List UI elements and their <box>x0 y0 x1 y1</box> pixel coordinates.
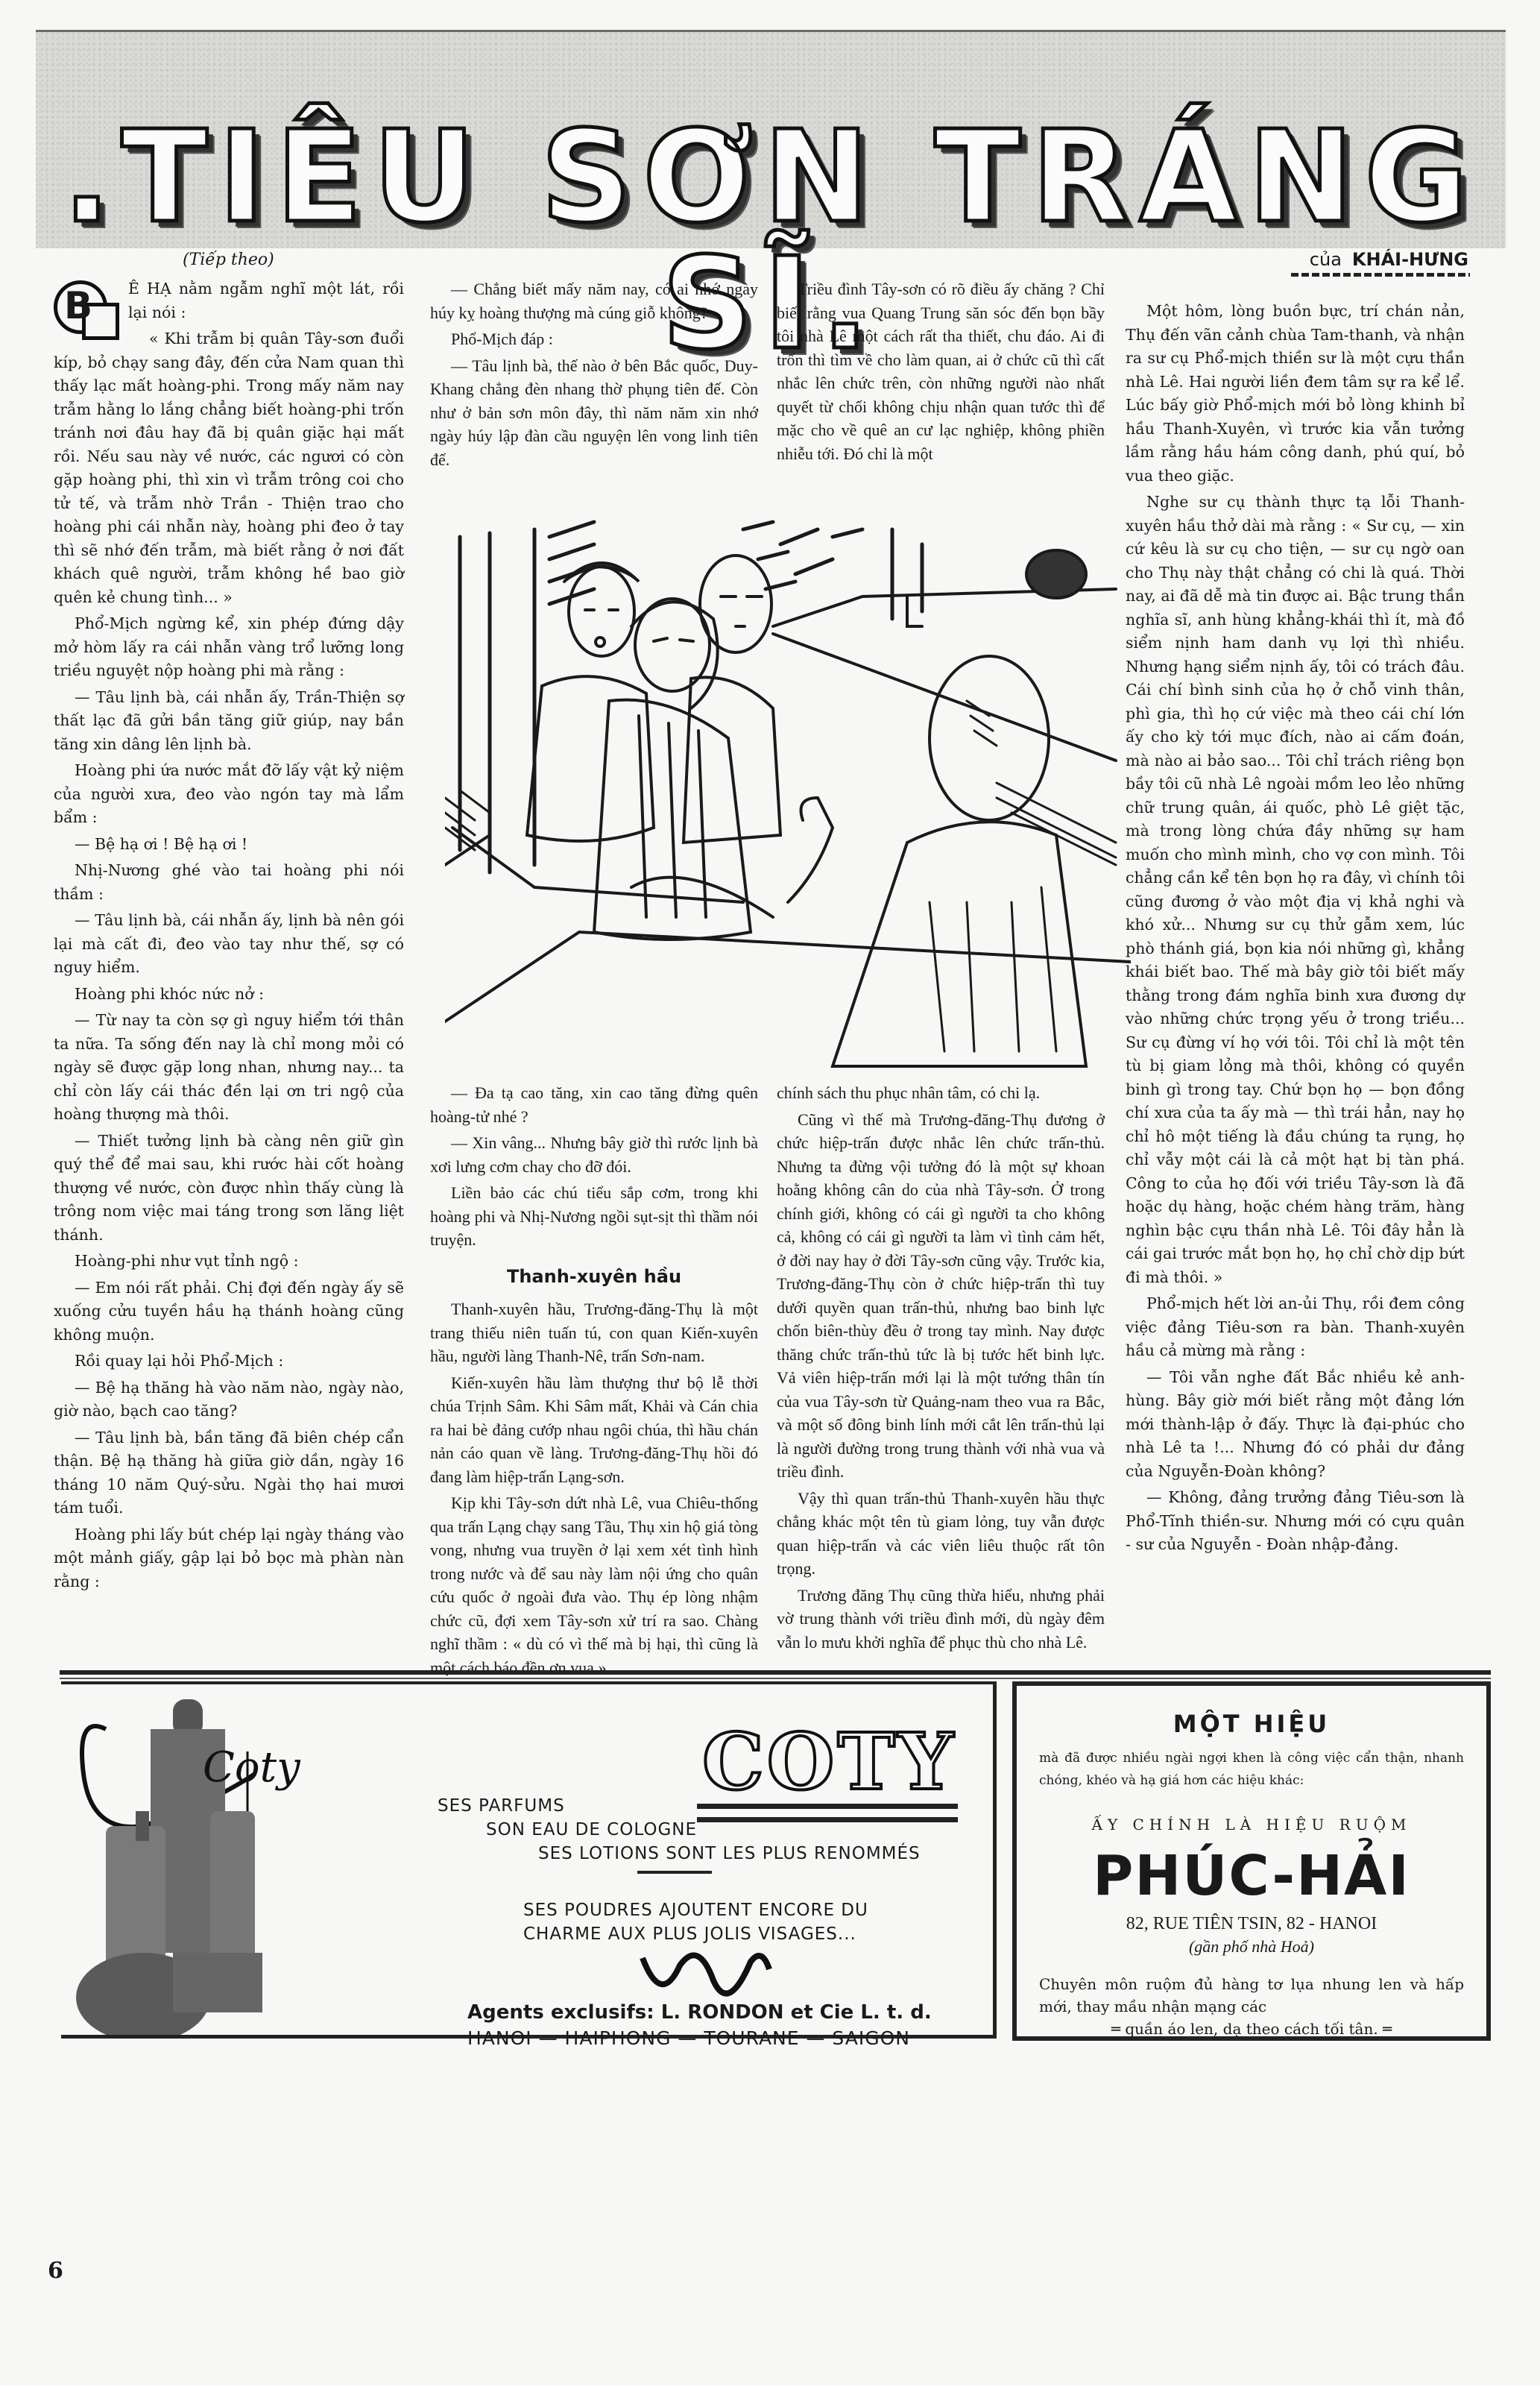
shop-location-note: (gần phố nhà Hoả) <box>1017 1937 1486 1957</box>
shop-name: PHÚC-HẢI <box>1017 1848 1486 1904</box>
paragraph: Một hôm, lòng buồn bực, trí chán nản, Th… <box>1126 300 1465 488</box>
paragraph: — Tâu lịnh bà, cái nhẫn ấy, Trần-Thiện s… <box>54 686 404 757</box>
paragraph: Rồi quay lại hỏi Phổ-Mịch : <box>54 1350 404 1373</box>
paragraph: « Khi trẫm bị quân Tây-sơn đuổi kíp, bỏ … <box>54 327 404 609</box>
dropcap-letter: B <box>64 283 92 328</box>
phuc-hai-advertisement: MỘT HIỆU mà đã được nhiều ngài ngợi khen… <box>1012 1681 1491 2041</box>
paragraph: Nghe sư cụ thành thực tạ lỗi Thanh-xuyên… <box>1126 491 1465 1289</box>
ad-description: mà đã được nhiều ngài ngợi khen là công … <box>1039 1747 1464 1792</box>
byline: củaKHÁI-HƯNG <box>1310 249 1468 270</box>
paragraph: Hoàng-phi như vụt tỉnh ngộ : <box>54 1250 404 1274</box>
paragraph: Vậy thì quan trấn-thủ Thanh-xuyên hầu th… <box>777 1487 1105 1581</box>
byline-prefix: của <box>1310 249 1342 270</box>
wave-flourish-icon <box>639 1947 773 1999</box>
paragraph: — Đa tạ cao tăng, xin cao tăng đừng quên… <box>430 1081 758 1128</box>
paragraph: Thanh-xuyên hầu, Trương-đăng-Thụ là một … <box>430 1297 758 1368</box>
article-column-3-top: Triều đình Tây-sơn có rõ điều ấy chăng ?… <box>777 277 1105 468</box>
paragraph: Hoàng phi ứa nước mắt đỡ lấy vật kỷ niệm… <box>54 759 404 830</box>
coty-agents: Agents exclusifs: L. RONDON et Cie L. t.… <box>467 2001 932 2024</box>
perfume-bottle-icon: Coty <box>61 1684 367 2035</box>
coty-line-1: SES PARFUMS <box>438 1796 565 1816</box>
ad-body: Chuyên môn ruộm đủ hàng tơ lụa nhung len… <box>1039 1973 1464 2040</box>
article-column-4: Một hôm, lòng buồn bực, trí chán nản, Th… <box>1126 300 1465 1560</box>
svg-text:Coty: Coty <box>203 1743 301 1792</box>
coty-line-4: SES POUDRES AJOUTENT ENCORE DU <box>523 1901 868 1920</box>
paragraph: Hoàng phi khóc nức nở : <box>54 983 404 1007</box>
subhead-row: (Tiếp theo) củaKHÁI-HƯNG <box>30 248 1513 277</box>
page-number: 6 <box>48 2258 63 2284</box>
continued-label: (Tiếp theo) <box>183 251 274 269</box>
article-column-3-bottom: chính sách thu phục nhân tâm, có chi lạ.… <box>777 1081 1105 1657</box>
coty-cities: HANOI — HAIPHONG — TOURANE — SAIGON <box>467 2027 910 2049</box>
author-name: KHÁI-HƯNG <box>1352 249 1468 270</box>
ad-body-text: Chuyên môn ruộm đủ hàng tơ lụa nhung len… <box>1039 1973 1464 2018</box>
paragraph: — Không, đảng trưởng đảng Tiêu-sơn là Ph… <box>1126 1486 1465 1557</box>
article-column-1: B Ê HẠ nằm ngẫm nghĩ một lát, rồi lại nó… <box>54 277 404 1596</box>
paragraph: — Tâu lịnh bà, thế nào ở bên Bắc quốc, D… <box>430 354 758 472</box>
story-illustration <box>445 514 1131 1081</box>
coty-line-2: SON EAU DE COLOGNE <box>486 1820 697 1839</box>
decorative-rule <box>697 1804 958 1809</box>
title-banner: .TIÊU SƠN TRÁNG SĨ. <box>36 30 1506 248</box>
ad-subtitle: ẤY CHÍNH LÀ HIỆU RUỘM <box>1017 1816 1486 1833</box>
paragraph: Nhị-Nương ghé vào tai hoàng phi nói thầm… <box>54 859 404 906</box>
coty-advertisement: Coty COTY SES PARFUMS SON EAU DE COLOGNE… <box>61 1681 997 2039</box>
ad-body-last-line: ═ quần áo len, dạ theo cách tối tân. ═ <box>1039 2018 1464 2040</box>
paragraph: Phổ-Mịch đáp : <box>430 327 758 351</box>
article-bottom-rule <box>60 1670 1491 1675</box>
decorative-rule <box>697 1817 958 1822</box>
dropcap-ornament: B <box>54 280 121 333</box>
article-bottom-rule-thin <box>60 1678 1491 1679</box>
paragraph: Hoàng phi lấy bút chép lại ngày tháng và… <box>54 1523 404 1594</box>
paragraph: chính sách thu phục nhân tâm, có chi lạ. <box>777 1081 1105 1105</box>
newspaper-page: .TIÊU SƠN TRÁNG SĨ. (Tiếp theo) củaKHÁI-… <box>30 30 1513 2297</box>
paragraph: Liền bảo các chú tiểu sắp cơm, trong khi… <box>430 1181 758 1252</box>
paragraph: — Tâu lịnh bà, cái nhẫn ấy, lịnh bà nên … <box>54 909 404 980</box>
coty-line-5: CHARME AUX PLUS JOLIS VISAGES... <box>523 1924 856 1944</box>
coty-line-3: SES LOTIONS SONT LES PLUS RENOMMÉS <box>538 1844 921 1863</box>
paragraph: — Chẳng biết mấy năm nay, có ai nhớ ngày… <box>430 277 758 324</box>
separator <box>637 1871 712 1874</box>
monks-and-consort-drawing-icon <box>445 514 1131 1081</box>
paragraph: — Từ nay ta còn sợ gì nguy hiểm tới thân… <box>54 1009 404 1127</box>
paragraph: — Em nói rất phải. Chị đợi đến ngày ấy s… <box>54 1277 404 1347</box>
paragraph: Trương đăng Thụ cũng thừa hiểu, nhưng ph… <box>777 1584 1105 1655</box>
paragraph: Phổ-Mịch ngừng kể, xin phép đứng dậy mở … <box>54 612 404 683</box>
paragraph: Kiến-xuyên hầu làm thượng thư bộ lễ thời… <box>430 1371 758 1489</box>
section-heading: Thanh-xuyên hầu <box>430 1265 758 1289</box>
shop-address: 82, RUE TIÊN TSIN, 82 - HANOI <box>1017 1914 1486 1934</box>
ad-title: MỘT HIỆU <box>1017 1710 1486 1738</box>
paragraph: Kịp khi Tây-sơn dứt nhà Lê, vua Chiêu-th… <box>430 1491 758 1679</box>
paragraph: — Tâu lịnh bà, bần tăng đã biên chép cẩn… <box>54 1426 404 1520</box>
paragraph: — Thiết tưởng lịnh bà càng nên giữ gìn q… <box>54 1130 404 1247</box>
coty-brand-name: COTY <box>702 1716 956 1807</box>
paragraph: — Bệ hạ ơi ! Bệ hạ ơi ! <box>54 833 404 857</box>
byline-underline <box>1291 273 1470 277</box>
paragraph: Triều đình Tây-sơn có rõ điều ấy chăng ?… <box>777 277 1105 465</box>
paragraph: Phổ-mịch hết lời an-ủi Thụ, rồi đem công… <box>1126 1292 1465 1363</box>
paragraph: — Bệ hạ thăng hà vào năm nào, ngày nào, … <box>54 1376 404 1423</box>
paragraph: Cũng vì thế mà Trương-đăng-Thụ đương ở c… <box>777 1108 1105 1484</box>
article-column-2-top: — Chẳng biết mấy năm nay, có ai nhớ ngày… <box>430 277 758 474</box>
paragraph: — Tôi vẫn nghe đất Bắc nhiều kẻ anh-hùng… <box>1126 1366 1465 1484</box>
paragraph: — Xin vâng... Nhưng bây giờ thì rước lịn… <box>430 1131 758 1178</box>
article-column-2-bottom: — Đa tạ cao tăng, xin cao tăng đừng quên… <box>430 1081 758 1682</box>
